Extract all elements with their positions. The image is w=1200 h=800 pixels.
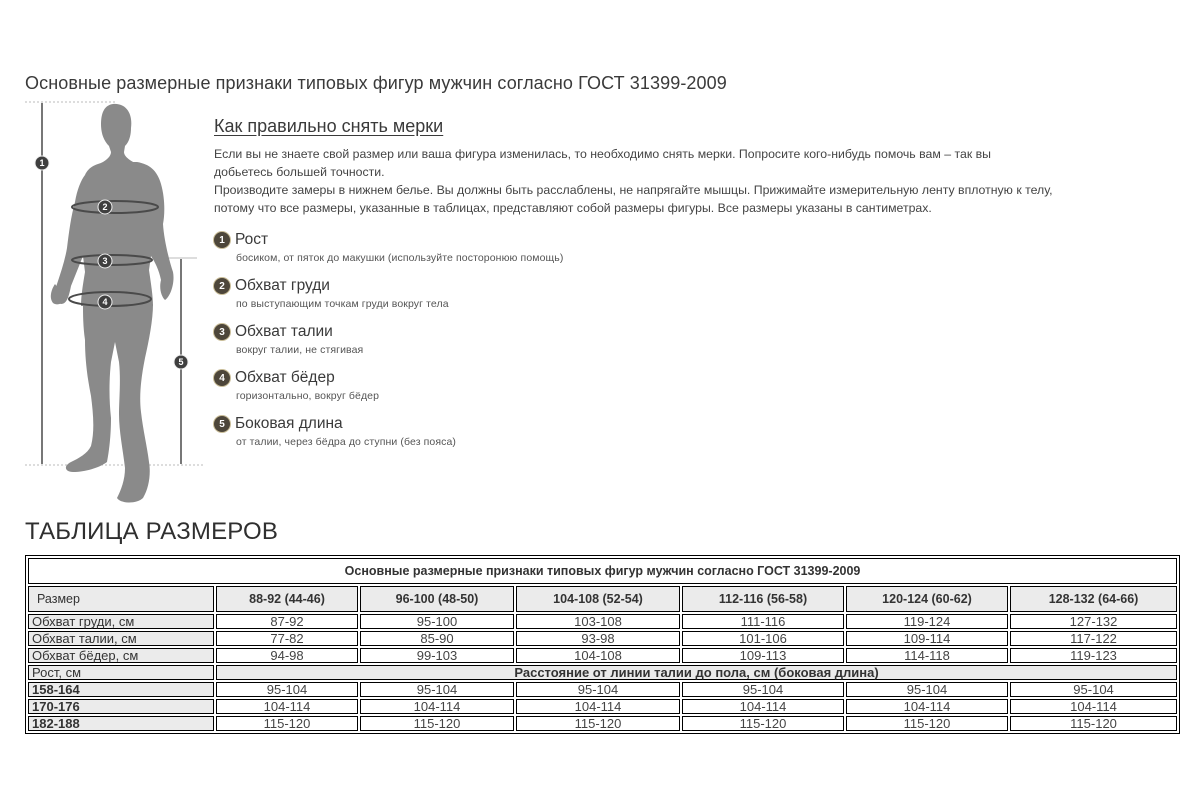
table-caption: Основные размерные признаки типовых фигу…: [28, 558, 1177, 584]
table-cell: 104-114: [1010, 699, 1177, 714]
side-length-label: Расстояние от линии талии до пола, см (б…: [216, 665, 1177, 680]
table-row: Обхват груди, см 87-92 95-100 103-108 11…: [28, 614, 1177, 629]
measure-desc: вокруг талии, не стягивая: [236, 344, 563, 356]
measure-name: Боковая длина: [235, 415, 343, 433]
marker-4: 4: [102, 297, 107, 307]
table-subheader-row: Рост, см Расстояние от линии талии до по…: [28, 665, 1177, 680]
table-cell: 119-124: [846, 614, 1008, 629]
header-size-col: 104-108 (52-54): [516, 586, 680, 612]
measurement-guide: Как правильно снять мерки Если вы не зна…: [214, 116, 1074, 217]
measure-name: Обхват бёдер: [235, 369, 335, 387]
measure-desc: горизонтально, вокруг бёдер: [236, 390, 563, 402]
table-cell: 104-114: [682, 699, 844, 714]
table-header-row: Размер 88-92 (44-46) 96-100 (48-50) 104-…: [28, 586, 1177, 612]
table-row: 170-176 104-114 104-114 104-114 104-114 …: [28, 699, 1177, 714]
measure-name: Обхват груди: [235, 277, 330, 295]
measure-name: Рост: [235, 231, 268, 249]
table-cell: 111-116: [682, 614, 844, 629]
table-cell: 104-114: [516, 699, 680, 714]
measure-item-waist: 3 Обхват талии вокруг талии, не стягивая: [214, 322, 563, 368]
header-size-col: 128-132 (64-66): [1010, 586, 1177, 612]
marker-1: 1: [39, 158, 44, 168]
row-label: 158-164: [28, 682, 214, 697]
page-title: Основные размерные признаки типовых фигу…: [25, 73, 727, 94]
number-badge-icon: 5: [214, 416, 230, 432]
marker-5: 5: [178, 357, 183, 367]
table-row: Обхват талии, см 77-82 85-90 93-98 101-1…: [28, 631, 1177, 646]
row-label-height: Рост, см: [28, 665, 214, 680]
table-cell: 99-103: [360, 648, 514, 663]
table-cell: 104-114: [846, 699, 1008, 714]
row-label: 182-188: [28, 716, 214, 731]
table-cell: 115-120: [360, 716, 514, 731]
size-table: Основные размерные признаки типовых фигу…: [25, 555, 1180, 734]
measure-name: Обхват талии: [235, 323, 333, 341]
size-table-heading: ТАБЛИЦА РАЗМЕРОВ: [25, 518, 278, 546]
marker-2: 2: [102, 202, 107, 212]
measure-item-side-length: 5 Боковая длина от талии, через бёдра до…: [214, 414, 563, 460]
table-cell: 95-104: [516, 682, 680, 697]
number-badge-icon: 1: [214, 232, 230, 248]
table-cell: 95-104: [682, 682, 844, 697]
table-cell: 77-82: [216, 631, 358, 646]
header-size-col: 88-92 (44-46): [216, 586, 358, 612]
table-cell: 101-106: [682, 631, 844, 646]
row-label: 170-176: [28, 699, 214, 714]
table-row: Обхват бёдер, см 94-98 99-103 104-108 10…: [28, 648, 1177, 663]
row-label: Обхват талии, см: [28, 631, 214, 646]
header-size-col: 96-100 (48-50): [360, 586, 514, 612]
table-cell: 109-114: [846, 631, 1008, 646]
table-cell: 95-104: [360, 682, 514, 697]
table-cell: 115-120: [682, 716, 844, 731]
table-cell: 95-104: [216, 682, 358, 697]
table-cell: 114-118: [846, 648, 1008, 663]
table-cell: 87-92: [216, 614, 358, 629]
table-cell: 93-98: [516, 631, 680, 646]
marker-3: 3: [102, 256, 107, 266]
header-size-col: 112-116 (56-58): [682, 586, 844, 612]
table-cell: 127-132: [1010, 614, 1177, 629]
table-cell: 95-100: [360, 614, 514, 629]
guide-paragraph-1: Если вы не знаете свой размер или ваша ф…: [214, 145, 1034, 181]
table-cell: 94-98: [216, 648, 358, 663]
table-cell: 115-120: [216, 716, 358, 731]
table-cell: 117-122: [1010, 631, 1177, 646]
table-cell: 104-108: [516, 648, 680, 663]
table-cell: 103-108: [516, 614, 680, 629]
header-size-col: 120-124 (60-62): [846, 586, 1008, 612]
table-cell: 109-113: [682, 648, 844, 663]
table-cell: 104-114: [360, 699, 514, 714]
table-cell: 104-114: [216, 699, 358, 714]
row-label: Обхват бёдер, см: [28, 648, 214, 663]
measure-item-hips: 4 Обхват бёдер горизонтально, вокруг бёд…: [214, 368, 563, 414]
measure-list: 1 Рост босиком, от пяток до макушки (исп…: [214, 230, 563, 460]
table-caption-row: Основные размерные признаки типовых фигу…: [28, 558, 1177, 584]
table-cell: 85-90: [360, 631, 514, 646]
number-badge-icon: 4: [214, 370, 230, 386]
row-label: Обхват груди, см: [28, 614, 214, 629]
measure-desc: по выступающим точкам груди вокруг тела: [236, 298, 563, 310]
table-cell: 119-123: [1010, 648, 1177, 663]
table-row: 182-188 115-120 115-120 115-120 115-120 …: [28, 716, 1177, 731]
number-badge-icon: 2: [214, 278, 230, 294]
measure-desc: от талии, через бёдра до ступни (без поя…: [236, 436, 563, 448]
measure-desc: босиком, от пяток до макушки (используйт…: [236, 252, 563, 264]
measure-item-height: 1 Рост босиком, от пяток до макушки (исп…: [214, 230, 563, 276]
body-measurement-figure: 1 2 3 4 5: [25, 100, 215, 510]
number-badge-icon: 3: [214, 324, 230, 340]
table-cell: 115-120: [516, 716, 680, 731]
guide-title: Как правильно снять мерки: [214, 116, 1074, 137]
table-cell: 95-104: [1010, 682, 1177, 697]
measure-item-chest: 2 Обхват груди по выступающим точкам гру…: [214, 276, 563, 322]
header-size: Размер: [28, 586, 214, 612]
table-cell: 115-120: [1010, 716, 1177, 731]
table-row: 158-164 95-104 95-104 95-104 95-104 95-1…: [28, 682, 1177, 697]
guide-paragraph-2: Производите замеры в нижнем белье. Вы до…: [214, 181, 1064, 217]
table-cell: 95-104: [846, 682, 1008, 697]
table-cell: 115-120: [846, 716, 1008, 731]
